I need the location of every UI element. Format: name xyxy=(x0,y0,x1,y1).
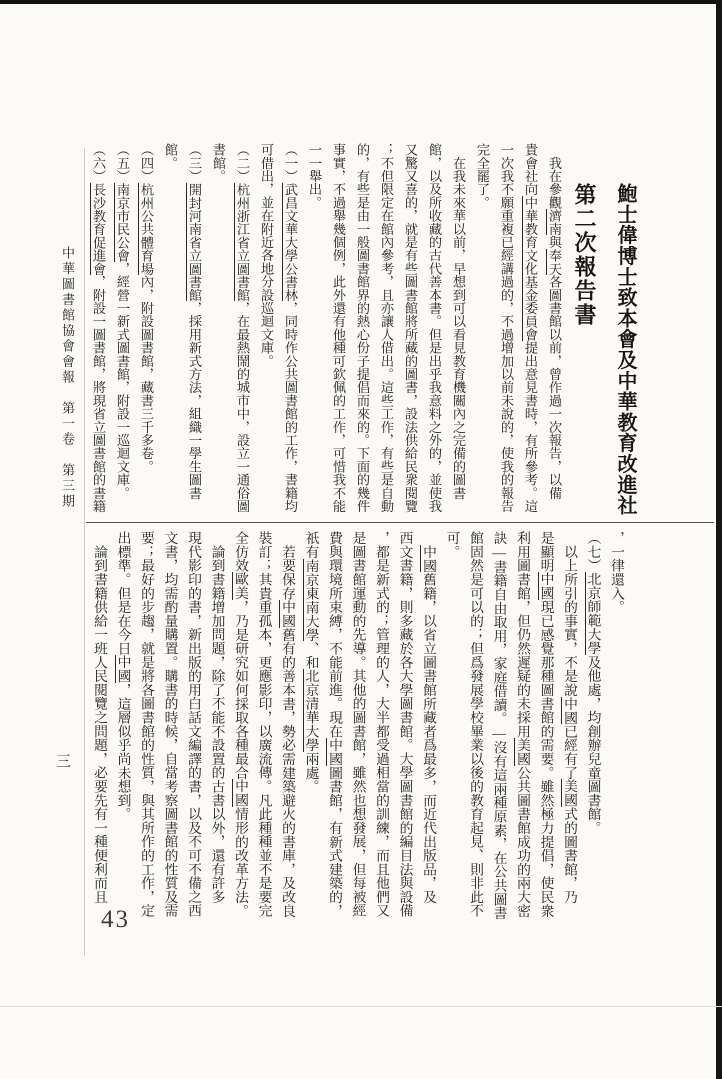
text-column: 可。 xyxy=(440,531,464,935)
article-bottom-section: ，一律還入。 （七）北京師範大學及他處，均創辦兒童圖書館。 以上所引的事實，不是… xyxy=(86,531,628,935)
proper-noun-mark: 中國 xyxy=(279,600,295,628)
text-column: ；不但限定在館內參考，且亦讓人借出。這些工作，有些是自動 xyxy=(374,143,398,523)
proper-noun-mark: 北京師範大學 xyxy=(585,572,601,655)
proper-noun-mark: 美國 xyxy=(514,738,530,766)
text-column: 費與環境所束縛，不能前進。現在中國圖書館，有新式建築的， xyxy=(323,531,347,935)
proper-noun-mark: 中華教育文化基金委員會 xyxy=(522,196,538,341)
text-column: 書館。 xyxy=(206,143,230,523)
text-column: ，都是新式的；管理的人，大半都受過相當的訓練，而且他們又 xyxy=(370,531,394,935)
text-column: 若要保存中國舊有的善本書，勢必需建築避火的書庫，及改良 xyxy=(276,531,300,935)
text-column: 館。 xyxy=(158,143,182,523)
journal-running-title: 中華圖書館協會會報 第一卷 第三期 xyxy=(58,246,77,526)
text-column: 西文書籍，則多藏於各大學圖書館。大學圖書館的編目法與設備 xyxy=(393,531,417,935)
text-column: （三）開封河南省立圖書館，採用新式方法，組織一學生圖書 xyxy=(182,143,206,523)
text-column: 訣—書籍自由取用，家庭借讀。—沒有這兩種原素，在公共圖書 xyxy=(487,531,511,935)
text-column: 以上所引的事實，不是說中國已經有了美國式的圖書館，乃 xyxy=(558,531,582,935)
text-column: 一次我不願重複已經講過的，不過增加以前未說的，使我的報告 xyxy=(494,143,518,523)
text-column: 祇有南京東南大學、和北京清華大學兩處。 xyxy=(299,531,323,935)
proper-noun-mark: 奉天 xyxy=(546,249,562,275)
article-title: 鮑士偉博士致本會及中華教育改進社 xyxy=(602,143,648,523)
proper-noun-mark: 歐美 xyxy=(232,572,248,600)
text-column: 是顯明中國現已感覺那種圖書館的需要。雖然極力提倡，使民衆 xyxy=(534,531,558,935)
proper-noun-mark: 北京清華大學 xyxy=(303,669,319,752)
text-column: 論到書籍供給一班人民閱覽之問題，必要先有一種便利而且 xyxy=(88,531,112,935)
proper-noun-mark: 中國 xyxy=(420,545,436,573)
proper-noun-mark: 長沙教育促進會 xyxy=(90,183,106,275)
scan-right-edge xyxy=(716,0,722,1079)
article-subtitle: 第二次報告書 xyxy=(566,143,602,523)
text-column: 中國舊籍，以省立圖書館所藏者爲最多，而近代出版品，及 xyxy=(417,531,441,935)
text-column: 論到書籍增加問題，除了不能不設置的古書以外，還有許多 xyxy=(205,531,229,935)
scan-artifact-line xyxy=(0,1006,722,1007)
proper-noun-mark: 中國 xyxy=(326,738,342,766)
text-column: （一）武昌文華大學公書林，同時作公共圖書館的工作，書籍均 xyxy=(278,143,302,523)
text-column: 文書，均需酌量購置。購書的時候，自當考察圖書館的性質及需 xyxy=(158,531,182,935)
proper-noun-mark: 杭州浙江省立圖書館 xyxy=(234,183,250,302)
text-column: （四）杭州公共體育場內，附設圖書館，藏書三千多卷。 xyxy=(134,143,158,523)
folio-number-chinese: 三 xyxy=(56,750,71,771)
text-column: （七）北京師範大學及他處，均創辦兒童圖書館。 xyxy=(581,531,605,935)
text-column: 出標準。但是在今日中國，這層似乎尚未想到。 xyxy=(111,531,135,935)
text-column: ，一律還入。 xyxy=(605,531,629,935)
text-column: 又驚又喜的，就是有些圖書館將所藏的圖書，設法供給民衆閱覽 xyxy=(398,143,422,523)
text-column: 館，以及所收藏的古代善本書。但是出乎我意料之外的，並使我 xyxy=(422,143,446,523)
text-column: 要；最好的步趨，就是將各圖書館的性質，與其所作的工作，定 xyxy=(135,531,159,935)
proper-noun-mark: 杭州公共體育場 xyxy=(138,183,154,275)
text-column: 事實，不過舉幾個例，此外還有他種可欽佩的工作，可惜我不能 xyxy=(326,143,350,523)
text-column: 裝訂；其貴重孤本，更應影印，以廣流傳。凡此種種並不是要完 xyxy=(252,531,276,935)
scan-top-edge xyxy=(0,0,722,4)
article-top-section: 鮑士偉博士致本會及中華教育改進社 第二次報告書 我在參觀濟南與奉天各圖書館以前，… xyxy=(80,143,648,523)
scanned-journal-page: { "page": { "journal_line": "中華圖書館協會會報 第… xyxy=(0,0,722,1079)
text-column: 可借出，並在附近各地分設巡迴文庫。 xyxy=(254,143,278,523)
text-column: 完全罷了。 xyxy=(470,143,494,523)
proper-noun-mark: 濟南 xyxy=(546,209,562,235)
text-column: 的，有些是由一般圖書館界的熱心份子提倡而來的。下面的幾件 xyxy=(350,143,374,523)
text-column: 一一舉出。 xyxy=(302,143,326,523)
proper-noun-mark: 武昌文華大學公書林 xyxy=(282,183,298,302)
text-column: （五）南京市民公會，經營一新式圖書館，附設一巡迴文庫。 xyxy=(110,143,134,523)
proper-noun-mark: 中國 xyxy=(538,572,554,600)
text-column: 館固然是可以的；但爲發展學校畢業以後的教育起見、則非此不 xyxy=(464,531,488,935)
proper-noun-mark: 美國 xyxy=(561,779,577,807)
text-column: 是圖書館運動的先導。其他的圖書館，雖然也想發展，但每被經 xyxy=(346,531,370,935)
text-column: 現代影印的書，新出版的用白話文編譯的書，以及不可不備之西 xyxy=(182,531,206,935)
proper-noun-mark: 中國 xyxy=(115,655,131,683)
text-column: 在我未來華以前，早想到可以看見教育機關內之完備的圖書 xyxy=(446,143,470,523)
text-column: 我在參觀濟南與奉天各圖書館以前，曾作過一次報告，以備 xyxy=(542,143,566,523)
text-column: （二）杭州浙江省立圖書館，在最熱鬧的城市中，設立一通俗圖 xyxy=(230,143,254,523)
text-column: 貴會社向中華教育文化基金委員會提出意見書時，有所參考。這 xyxy=(518,143,542,523)
text-column: （六）長沙教育促進會，附設一圖書館，將現省立圖書館的書籍 xyxy=(86,143,110,523)
proper-noun-mark: 中國 xyxy=(232,779,248,807)
proper-noun-mark: 開封河南省立圖書館 xyxy=(186,183,202,302)
proper-noun-mark: 中國 xyxy=(561,697,577,725)
proper-noun-mark: 南京市民公會 xyxy=(114,183,130,262)
proper-noun-mark: 南京東南大學 xyxy=(303,559,319,642)
text-column: 利用圖書館，但仍然遲疑的未採用美國公共圖書館成功的兩大密 xyxy=(511,531,535,935)
text-column: 全仿效歐美，乃是研究如何採取各種最合中國情形的改革方法。 xyxy=(229,531,253,935)
